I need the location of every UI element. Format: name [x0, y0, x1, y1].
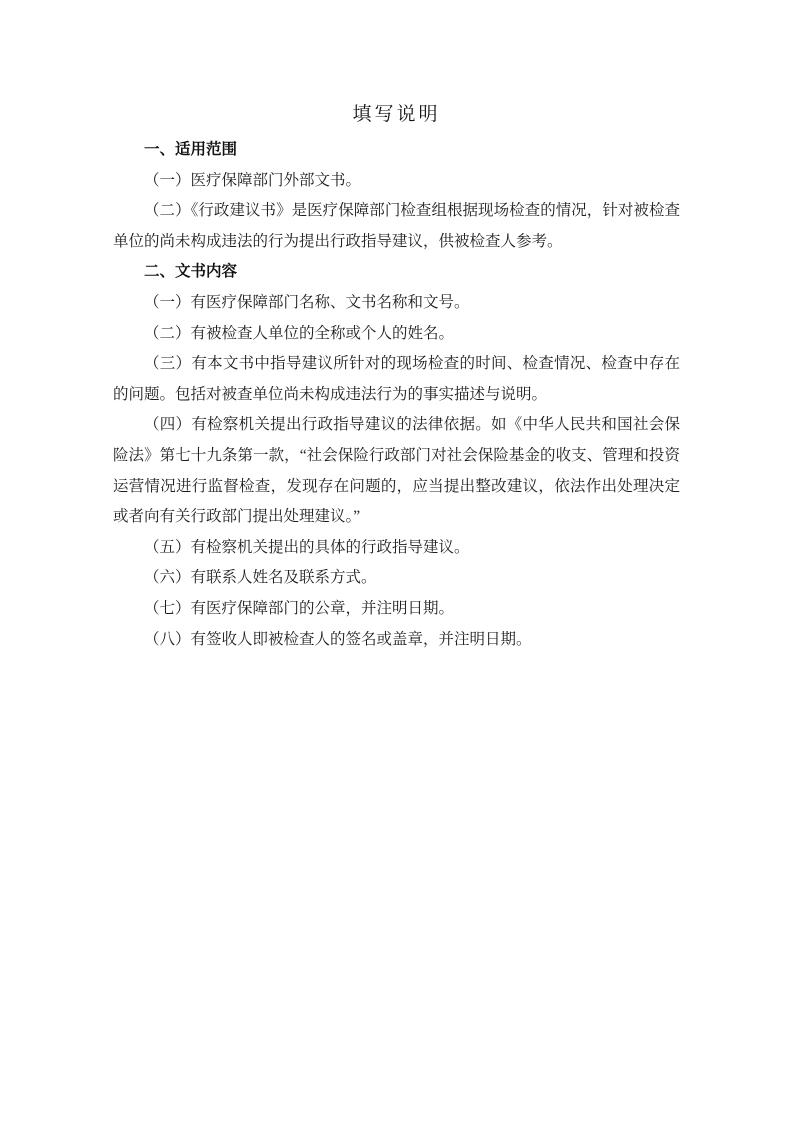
paragraph-item: （一）医疗保障部门外部文书。 — [113, 166, 680, 197]
paragraph-item: （一）有医疗保障部门名称、文书名称和文号。 — [113, 288, 680, 319]
paragraph-item: （二）有被检查人单位的全称或个人的姓名。 — [113, 319, 680, 350]
section-scope: 一、适用范围 （一）医疗保障部门外部文书。 （二）《行政建议书》是医疗保障部门检… — [113, 135, 680, 257]
document-page: 填写说明 一、适用范围 （一）医疗保障部门外部文书。 （二）《行政建议书》是医疗… — [0, 0, 793, 1122]
paragraph-item: （七）有医疗保障部门的公章，并注明日期。 — [113, 594, 680, 625]
paragraph-item: （六）有联系人姓名及联系方式。 — [113, 563, 680, 594]
paragraph-item: （八）有签收人即被检查人的签名或盖章，并注明日期。 — [113, 625, 680, 656]
section-heading: 一、适用范围 — [113, 135, 680, 166]
section-document-content: 二、文书内容 （一）有医疗保障部门名称、文书名称和文号。 （二）有被检查人单位的… — [113, 257, 680, 655]
paragraph-item: （五）有检察机关提出的具体的行政指导建议。 — [113, 533, 680, 564]
paragraph-item: （二）《行政建议书》是医疗保障部门检查组根据现场检查的情况，针对被检查单位的尚未… — [113, 196, 680, 257]
paragraph-item: （三）有本文书中指导建议所针对的现场检查的时间、检查情况、检查中存在的问题。包括… — [113, 349, 680, 410]
document-content: 填写说明 一、适用范围 （一）医疗保障部门外部文书。 （二）《行政建议书》是医疗… — [113, 99, 680, 655]
page-title: 填写说明 — [113, 99, 680, 130]
section-heading: 二、文书内容 — [113, 257, 680, 288]
paragraph-item: （四）有检察机关提出行政指导建议的法律依据。如《中华人民共和国社会保险法》第七十… — [113, 410, 680, 532]
